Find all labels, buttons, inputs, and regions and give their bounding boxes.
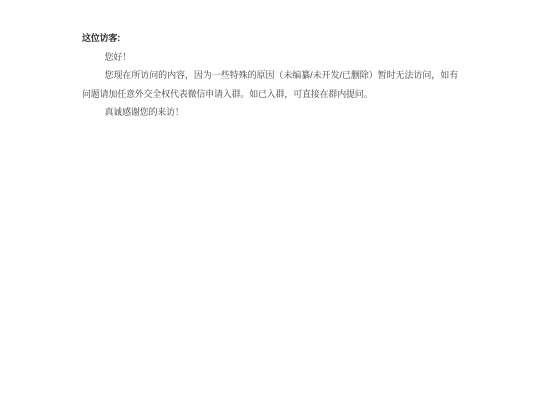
notice-content: 这位访客: 您好！ 您现在所访问的内容，因为一些特殊的原因（未编纂/未开发/已删… <box>82 0 458 122</box>
salutation-heading: 这位访客: <box>82 29 458 48</box>
greeting-paragraph: 您好！ <box>82 48 458 67</box>
notice-page: 这位访客: 您好！ 您现在所访问的内容，因为一些特殊的原因（未编纂/未开发/已删… <box>0 0 540 405</box>
closing-paragraph: 真诚感谢您的来访！ <box>82 103 458 122</box>
body-paragraph: 您现在所访问的内容，因为一些特殊的原因（未编纂/未开发/已删除）暂时无法访问，如… <box>82 66 458 103</box>
